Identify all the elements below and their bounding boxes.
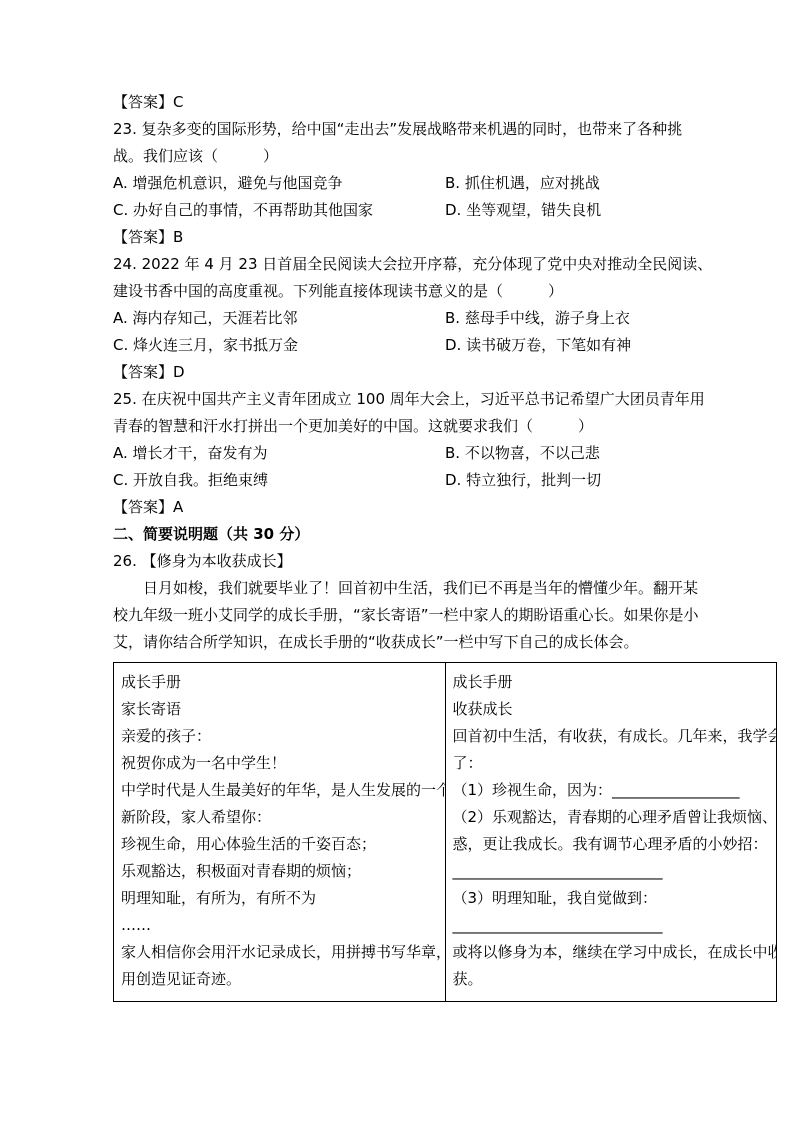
exam-content: 【答案】C23. 复杂多变的国际形势，给中国“走出去”发展战略带来机遇的同时，也… — [113, 89, 777, 656]
answer-line: 【答案】D — [113, 359, 777, 386]
option-left: A. 增强危机意识，避免与他国竞争 — [113, 174, 343, 192]
table-cell-line: 家长寄语 — [121, 696, 439, 723]
text-line: 24. 2022 年 4 月 23 日首届全民阅读大会拉开序幕，充分体现了党中央… — [113, 251, 777, 278]
answer-line: 【答案】C — [113, 89, 777, 116]
table-cell-line: 亲爱的孩子： — [121, 723, 439, 750]
table-cell-line: …… — [121, 912, 439, 939]
table-cell-line: 珍视生命，用心体验生活的千姿百态； — [121, 831, 439, 858]
table-cell-line: （1）珍视生命，因为：_________________ — [453, 777, 771, 804]
option-right: D. 读书破万卷，下笔如有神 — [445, 332, 631, 359]
option-left: A. 海内存知己，天涯若比邻 — [113, 309, 298, 327]
option-left: C. 办好自己的事情，不再帮助其他国家 — [113, 201, 373, 219]
text-line: 26. 【修身为本收获成长】 — [113, 548, 777, 575]
growth-gains-cell: 成长手册收获成长回首初中生活，有收获，有成长。几年来，我学会了：（1）珍视生命，… — [445, 663, 777, 1002]
table-cell-line: 用创造见证奇迹。 — [121, 966, 439, 993]
options-row: A. 海内存知己，天涯若比邻B. 慈母手中线，游子身上衣 — [113, 305, 777, 332]
table-cell-line: 收获成长 — [453, 696, 771, 723]
text-line: 23. 复杂多变的国际形势，给中国“走出去”发展战略带来机遇的同时，也带来了各种… — [113, 116, 777, 143]
option-left: C. 开放自我。拒绝束缚 — [113, 471, 268, 489]
table-cell-line: 成长手册 — [453, 669, 771, 696]
options-row: C. 烽火连三月，家书抵万金D. 读书破万卷，下笔如有神 — [113, 332, 777, 359]
section-heading: 二、简要说明题（共 30 分） — [113, 521, 777, 548]
text-line: 艾，请你结合所学知识，在成长手册的“收获成长”一栏中写下自己的成长体会。 — [113, 629, 777, 656]
table-cell-line: ____________________________ — [453, 858, 771, 885]
table-cell-line: 或将以修身为本，继续在学习中成长，在成长中收 — [453, 939, 771, 966]
paragraph-first-line: 日月如梭，我们就要毕业了！回首初中生活，我们已不再是当年的懵懂少年。翻开某 — [113, 575, 777, 602]
option-right: B. 慈母手中线，游子身上衣 — [445, 305, 630, 332]
table-cell-line: 祝贺你成为一名中学生！ — [121, 750, 439, 777]
table-cell-line: ____________________________ — [453, 912, 771, 939]
option-right: B. 抓住机遇，应对挑战 — [445, 170, 600, 197]
text-line: 25. 在庆祝中国共产主义青年团成立 100 周年大会上，习近平总书记希望广大团… — [113, 386, 777, 413]
options-row: C. 办好自己的事情，不再帮助其他国家D. 坐等观望，错失良机 — [113, 197, 777, 224]
option-right: D. 坐等观望，错失良机 — [445, 197, 601, 224]
answer-line: 【答案】B — [113, 224, 777, 251]
parents-message-cell: 成长手册家长寄语亲爱的孩子：祝贺你成为一名中学生！中学时代是人生最美好的年华，是… — [114, 663, 446, 1002]
answer-line: 【答案】A — [113, 494, 777, 521]
text-line: 建设书香中国的高度重视。下列能直接体现读书意义的是（ ） — [113, 278, 777, 305]
table-cell-line: 了： — [453, 750, 771, 777]
text-line: 战。我们应该（ ） — [113, 143, 777, 170]
text-line: 青春的智慧和汗水打拼出一个更加美好的中国。这就要求我们（ ） — [113, 413, 777, 440]
option-left: C. 烽火连三月，家书抵万金 — [113, 336, 298, 354]
table-cell-line: （3）明理知耻，我自觉做到： — [453, 885, 771, 912]
table-cell-line: （2）乐观豁达，青春期的心理矛盾曾让我烦恼、困 — [453, 804, 771, 831]
document-page: 【答案】C23. 复杂多变的国际形势，给中国“走出去”发展战略带来机遇的同时，也… — [0, 0, 794, 1123]
table-cell-line: 中学时代是人生最美好的年华，是人生发展的一个 — [121, 777, 439, 804]
table-cell-line: 回首初中生活，有收获，有成长。几年来，我学会 — [453, 723, 771, 750]
options-row: A. 增长才干，奋发有为B. 不以物喜，不以己悲 — [113, 440, 777, 467]
table-cell-line: 明理知耻，有所为，有所不为 — [121, 885, 439, 912]
table-row: 成长手册家长寄语亲爱的孩子：祝贺你成为一名中学生！中学时代是人生最美好的年华，是… — [114, 663, 777, 1002]
table-cell-line: 新阶段，家人希望你： — [121, 804, 439, 831]
growth-handbook-table: 成长手册家长寄语亲爱的孩子：祝贺你成为一名中学生！中学时代是人生最美好的年华，是… — [113, 662, 777, 1002]
option-right: D. 特立独行，批判一切 — [445, 467, 601, 494]
text-line: 校九年级一班小艾同学的成长手册，“家长寄语”一栏中家人的期盼语重心长。如果你是小 — [113, 602, 777, 629]
table-cell-line: 乐观豁达，积极面对青春期的烦恼； — [121, 858, 439, 885]
table-cell-line: 家人相信你会用汗水记录成长，用拼搏书写华章， — [121, 939, 439, 966]
table-cell-line: 获。 — [453, 966, 771, 993]
option-left: A. 增长才干，奋发有为 — [113, 444, 268, 462]
options-row: A. 增强危机意识，避免与他国竞争B. 抓住机遇，应对挑战 — [113, 170, 777, 197]
table-cell-line: 惑，更让我成长。我有调节心理矛盾的小妙招： — [453, 831, 771, 858]
table-cell-line: 成长手册 — [121, 669, 439, 696]
option-right: B. 不以物喜，不以己悲 — [445, 440, 600, 467]
options-row: C. 开放自我。拒绝束缚D. 特立独行，批判一切 — [113, 467, 777, 494]
